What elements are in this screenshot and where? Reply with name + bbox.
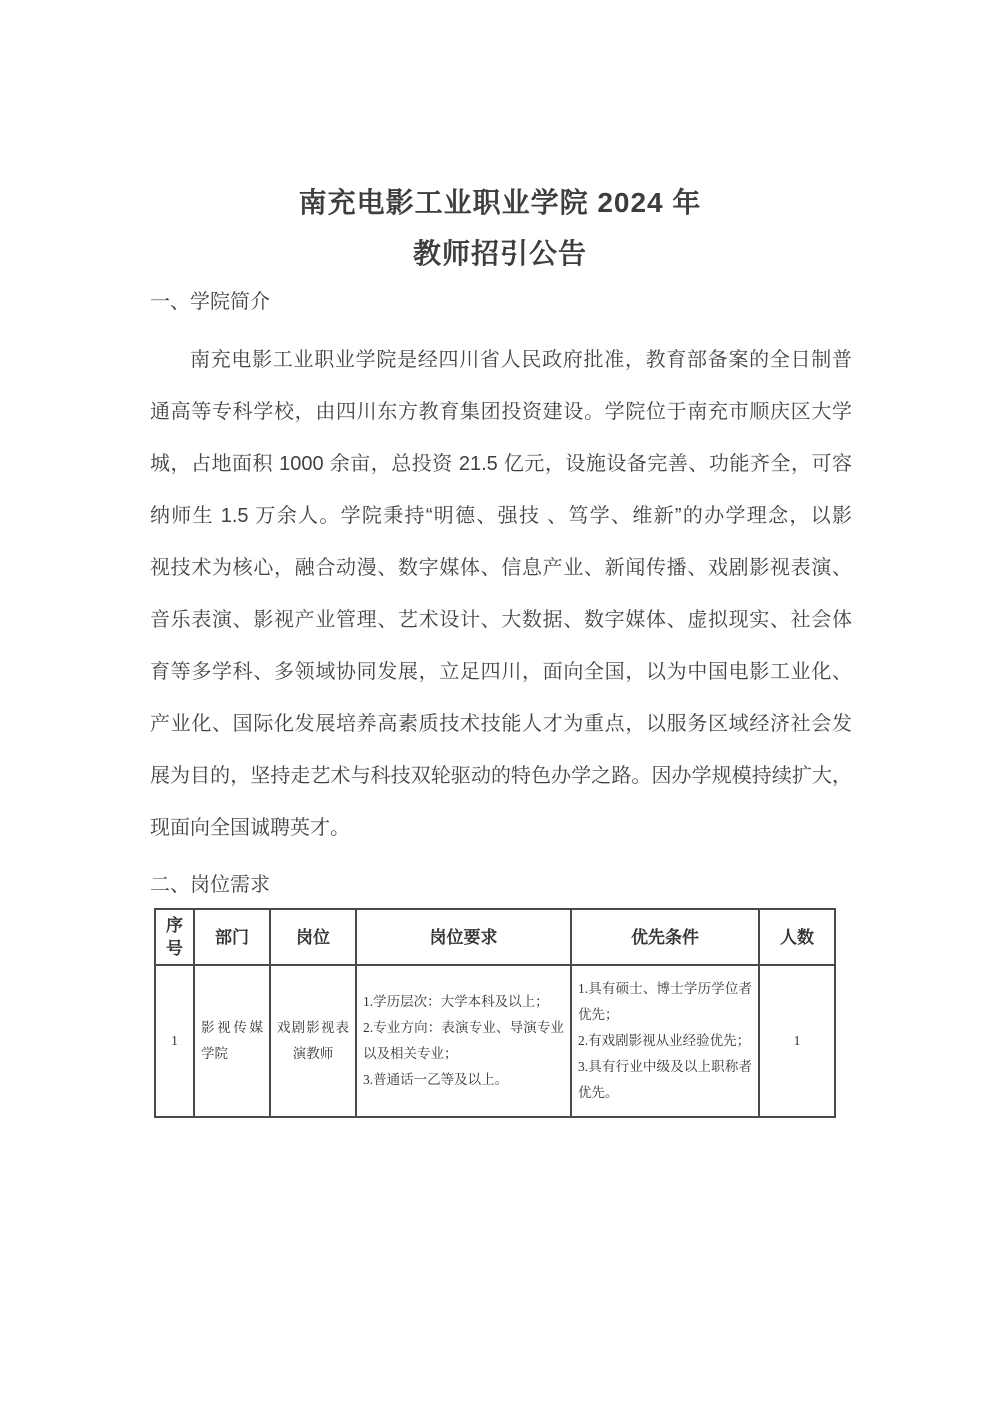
header-position: 岗位: [270, 909, 356, 965]
positions-table: 序号 部门 岗位 岗位要求 优先条件 人数 1 影视传媒学院 戏剧影视表演教师 …: [154, 908, 836, 1118]
document-page: 南充电影工业职业学院 2024 年 教师招引公告 一、学院简介 南充电影工业职业…: [0, 0, 1000, 1414]
intro-line: 产业化、国际化发展培养高素质技术技能人才为重点，以服务区域经济社会发: [150, 698, 852, 750]
table-header-row: 序号 部门 岗位 岗位要求 优先条件 人数: [155, 909, 835, 965]
section-heading-positions: 二、岗位需求: [150, 871, 270, 899]
title-line-1: 南充电影工业职业学院 2024 年: [0, 177, 1000, 228]
header-requirements: 岗位要求: [356, 909, 571, 965]
priority-item: 3.具有行业中级及以上职称者优先。: [578, 1054, 752, 1106]
header-serial-number: 序号: [155, 909, 194, 965]
intro-line: 展为目的，坚持走艺术与科技双轮驱动的特色办学之路。因办学规模持续扩大，: [150, 750, 852, 802]
cell-department: 影视传媒学院: [194, 965, 270, 1117]
intro-line: 育等多学科、多领域协同发展，立足四川，面向全国，以为中国电影工业化、: [150, 646, 852, 698]
intro-line: 视技术为核心，融合动漫、数字媒体、信息产业、新闻传播、戏剧影视表演、: [150, 542, 852, 594]
document-title: 南充电影工业职业学院 2024 年 教师招引公告: [0, 177, 1000, 279]
intro-line: 城，占地面积 1000 余亩，总投资 21.5 亿元，设施设备完善、功能齐全，可…: [150, 438, 852, 490]
header-priority-conditions: 优先条件: [571, 909, 759, 965]
requirement-item: 2.专业方向：表演专业、导演专业以及相关专业；: [363, 1015, 564, 1067]
cell-headcount: 1: [759, 965, 835, 1117]
intro-line: 通高等专科学校，由四川东方教育集团投资建设。学院位于南充市顺庆区大学: [150, 386, 852, 438]
section-heading-intro: 一、学院简介: [150, 288, 270, 316]
table-row: 1 影视传媒学院 戏剧影视表演教师 1.学历层次：大学本科及以上； 2.专业方向…: [155, 965, 835, 1117]
requirement-item: 3.普通话一乙等及以上。: [363, 1067, 564, 1093]
priority-item: 1.具有硕士、博士学历学位者优先；: [578, 976, 752, 1028]
requirement-item: 1.学历层次：大学本科及以上；: [363, 989, 564, 1015]
header-headcount: 人数: [759, 909, 835, 965]
intro-line: 南充电影工业职业学院是经四川省人民政府批准，教育部备案的全日制普: [150, 334, 852, 386]
intro-line: 纳师生 1.5 万余人。学院秉持“明德、强技 、笃学、维新”的办学理念，以影: [150, 490, 852, 542]
title-line-2: 教师招引公告: [0, 228, 1000, 279]
intro-line: 现面向全国诚聘英才。: [150, 802, 852, 854]
cell-priority-conditions: 1.具有硕士、博士学历学位者优先； 2.有戏剧影视从业经验优先； 3.具有行业中…: [571, 965, 759, 1117]
intro-line: 音乐表演、影视产业管理、艺术设计、大数据、数字媒体、虚拟现实、社会体: [150, 594, 852, 646]
intro-paragraph: 南充电影工业职业学院是经四川省人民政府批准，教育部备案的全日制普 通高等专科学校…: [150, 334, 852, 854]
priority-item: 2.有戏剧影视从业经验优先；: [578, 1028, 752, 1054]
header-department: 部门: [194, 909, 270, 965]
cell-serial-number: 1: [155, 965, 194, 1117]
cell-requirements: 1.学历层次：大学本科及以上； 2.专业方向：表演专业、导演专业以及相关专业； …: [356, 965, 571, 1117]
cell-position: 戏剧影视表演教师: [270, 965, 356, 1117]
